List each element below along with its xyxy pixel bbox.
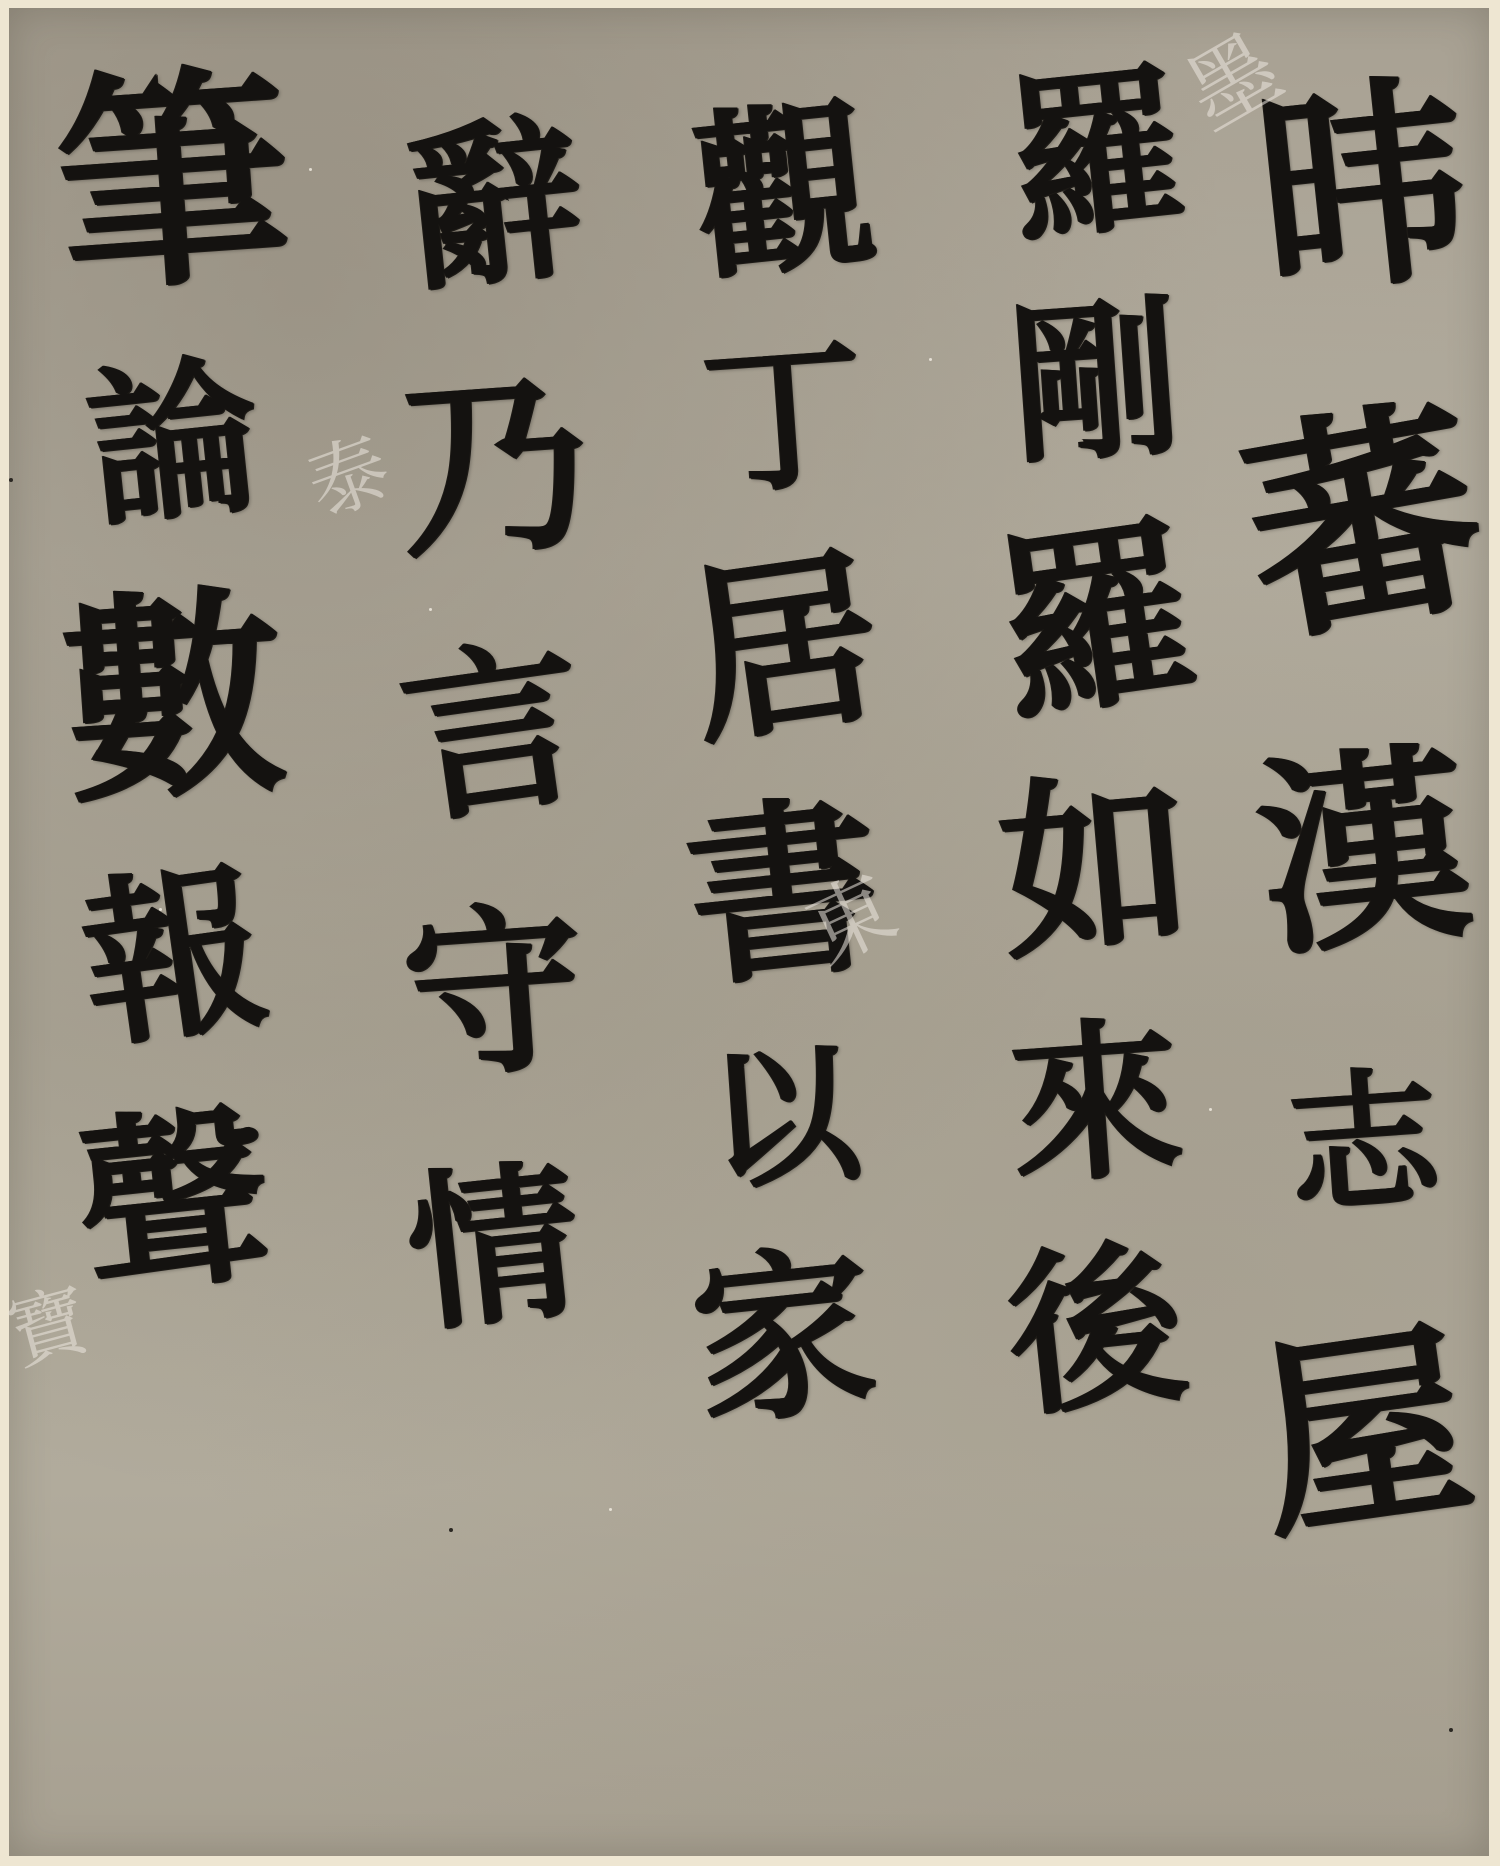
character: 聲 — [70, 1099, 279, 1308]
column-3: 觀 丁 居 書 以 家 — [689, 103, 879, 1428]
character: 家 — [685, 1239, 883, 1437]
character: 報 — [72, 856, 275, 1059]
character: 守 — [398, 897, 590, 1089]
character: 羅 — [1000, 59, 1192, 251]
paper-speck — [309, 168, 312, 171]
character: 數 — [57, 581, 292, 816]
ink-speck — [9, 478, 13, 482]
character: 剛 — [1006, 292, 1187, 473]
paper-speck — [609, 1508, 612, 1511]
paper-speck — [1209, 1108, 1212, 1111]
character: 丁 — [699, 333, 870, 504]
character: 後 — [1000, 1234, 1192, 1426]
paper-speck — [429, 608, 432, 611]
character: 居 — [677, 541, 892, 756]
character: 辭 — [398, 109, 590, 301]
character: 志 — [1284, 1063, 1444, 1223]
column-1: 𬀩 蕃 漢 志 屋 — [1249, 78, 1479, 1538]
watermark: 泰 — [298, 427, 401, 530]
paper-speck — [159, 908, 162, 911]
character: 蕃 — [1231, 390, 1497, 656]
ink-speck — [449, 1528, 453, 1532]
character: 觀 — [685, 94, 883, 292]
character: 筆 — [51, 60, 296, 305]
ink-speck — [1449, 1728, 1453, 1732]
column-5: 筆 論 數 報 聲 — [59, 68, 289, 1298]
calligraphy-paper: 𬀩 蕃 漢 志 屋 羅 剛 羅 如 來 後 觀 丁 居 書 以 家 辭 乃 言 … — [9, 8, 1489, 1856]
paper-speck — [929, 358, 932, 361]
column-4: 辭 乃 言 守 情 — [399, 118, 589, 1333]
character: 漢 — [1249, 738, 1480, 969]
column-2: 羅 剛 羅 如 來 後 — [999, 68, 1194, 1418]
character: 羅 — [986, 510, 1206, 730]
character: 如 — [994, 765, 1200, 971]
character: 論 — [81, 350, 268, 537]
character: 情 — [401, 1155, 588, 1342]
character: 言 — [392, 631, 595, 834]
character: 以 — [704, 1038, 864, 1198]
character: 乃 — [393, 367, 596, 570]
character: 來 — [1006, 1012, 1187, 1193]
character: 屋 — [1245, 1314, 1482, 1551]
